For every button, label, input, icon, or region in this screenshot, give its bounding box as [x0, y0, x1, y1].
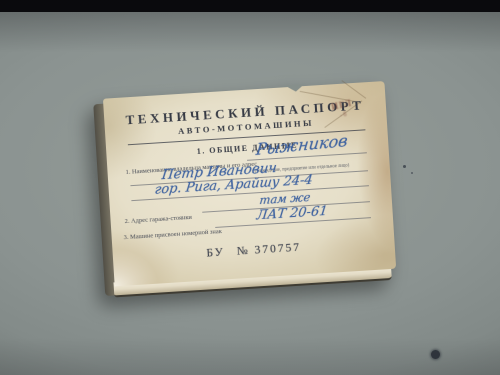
table-speck — [403, 165, 406, 168]
photo-scene: ТЕХНИЧЕСКИЙ ПАСПОРТ АВТО-МОТОМАШИНЫ 1. О… — [0, 0, 500, 375]
paper-crease — [341, 80, 366, 99]
serial-number-sign: № — [236, 245, 250, 258]
field3-label-text: 3. Машине присвоен номерной знак — [123, 227, 222, 240]
table-speck — [431, 350, 440, 359]
table-speck — [411, 172, 413, 174]
serial-number: 370757 — [254, 242, 301, 257]
passport-cover-page: ТЕХНИЧЕСКИЙ ПАСПОРТ АВТО-МОТОМАШИНЫ 1. О… — [103, 81, 396, 286]
technical-passport-booklet: ТЕХНИЧЕСКИЙ ПАСПОРТ АВТО-МОТОМАШИНЫ 1. О… — [93, 81, 397, 301]
photo-top-black-bar — [0, 0, 500, 12]
serial-series: БУ — [206, 246, 225, 259]
